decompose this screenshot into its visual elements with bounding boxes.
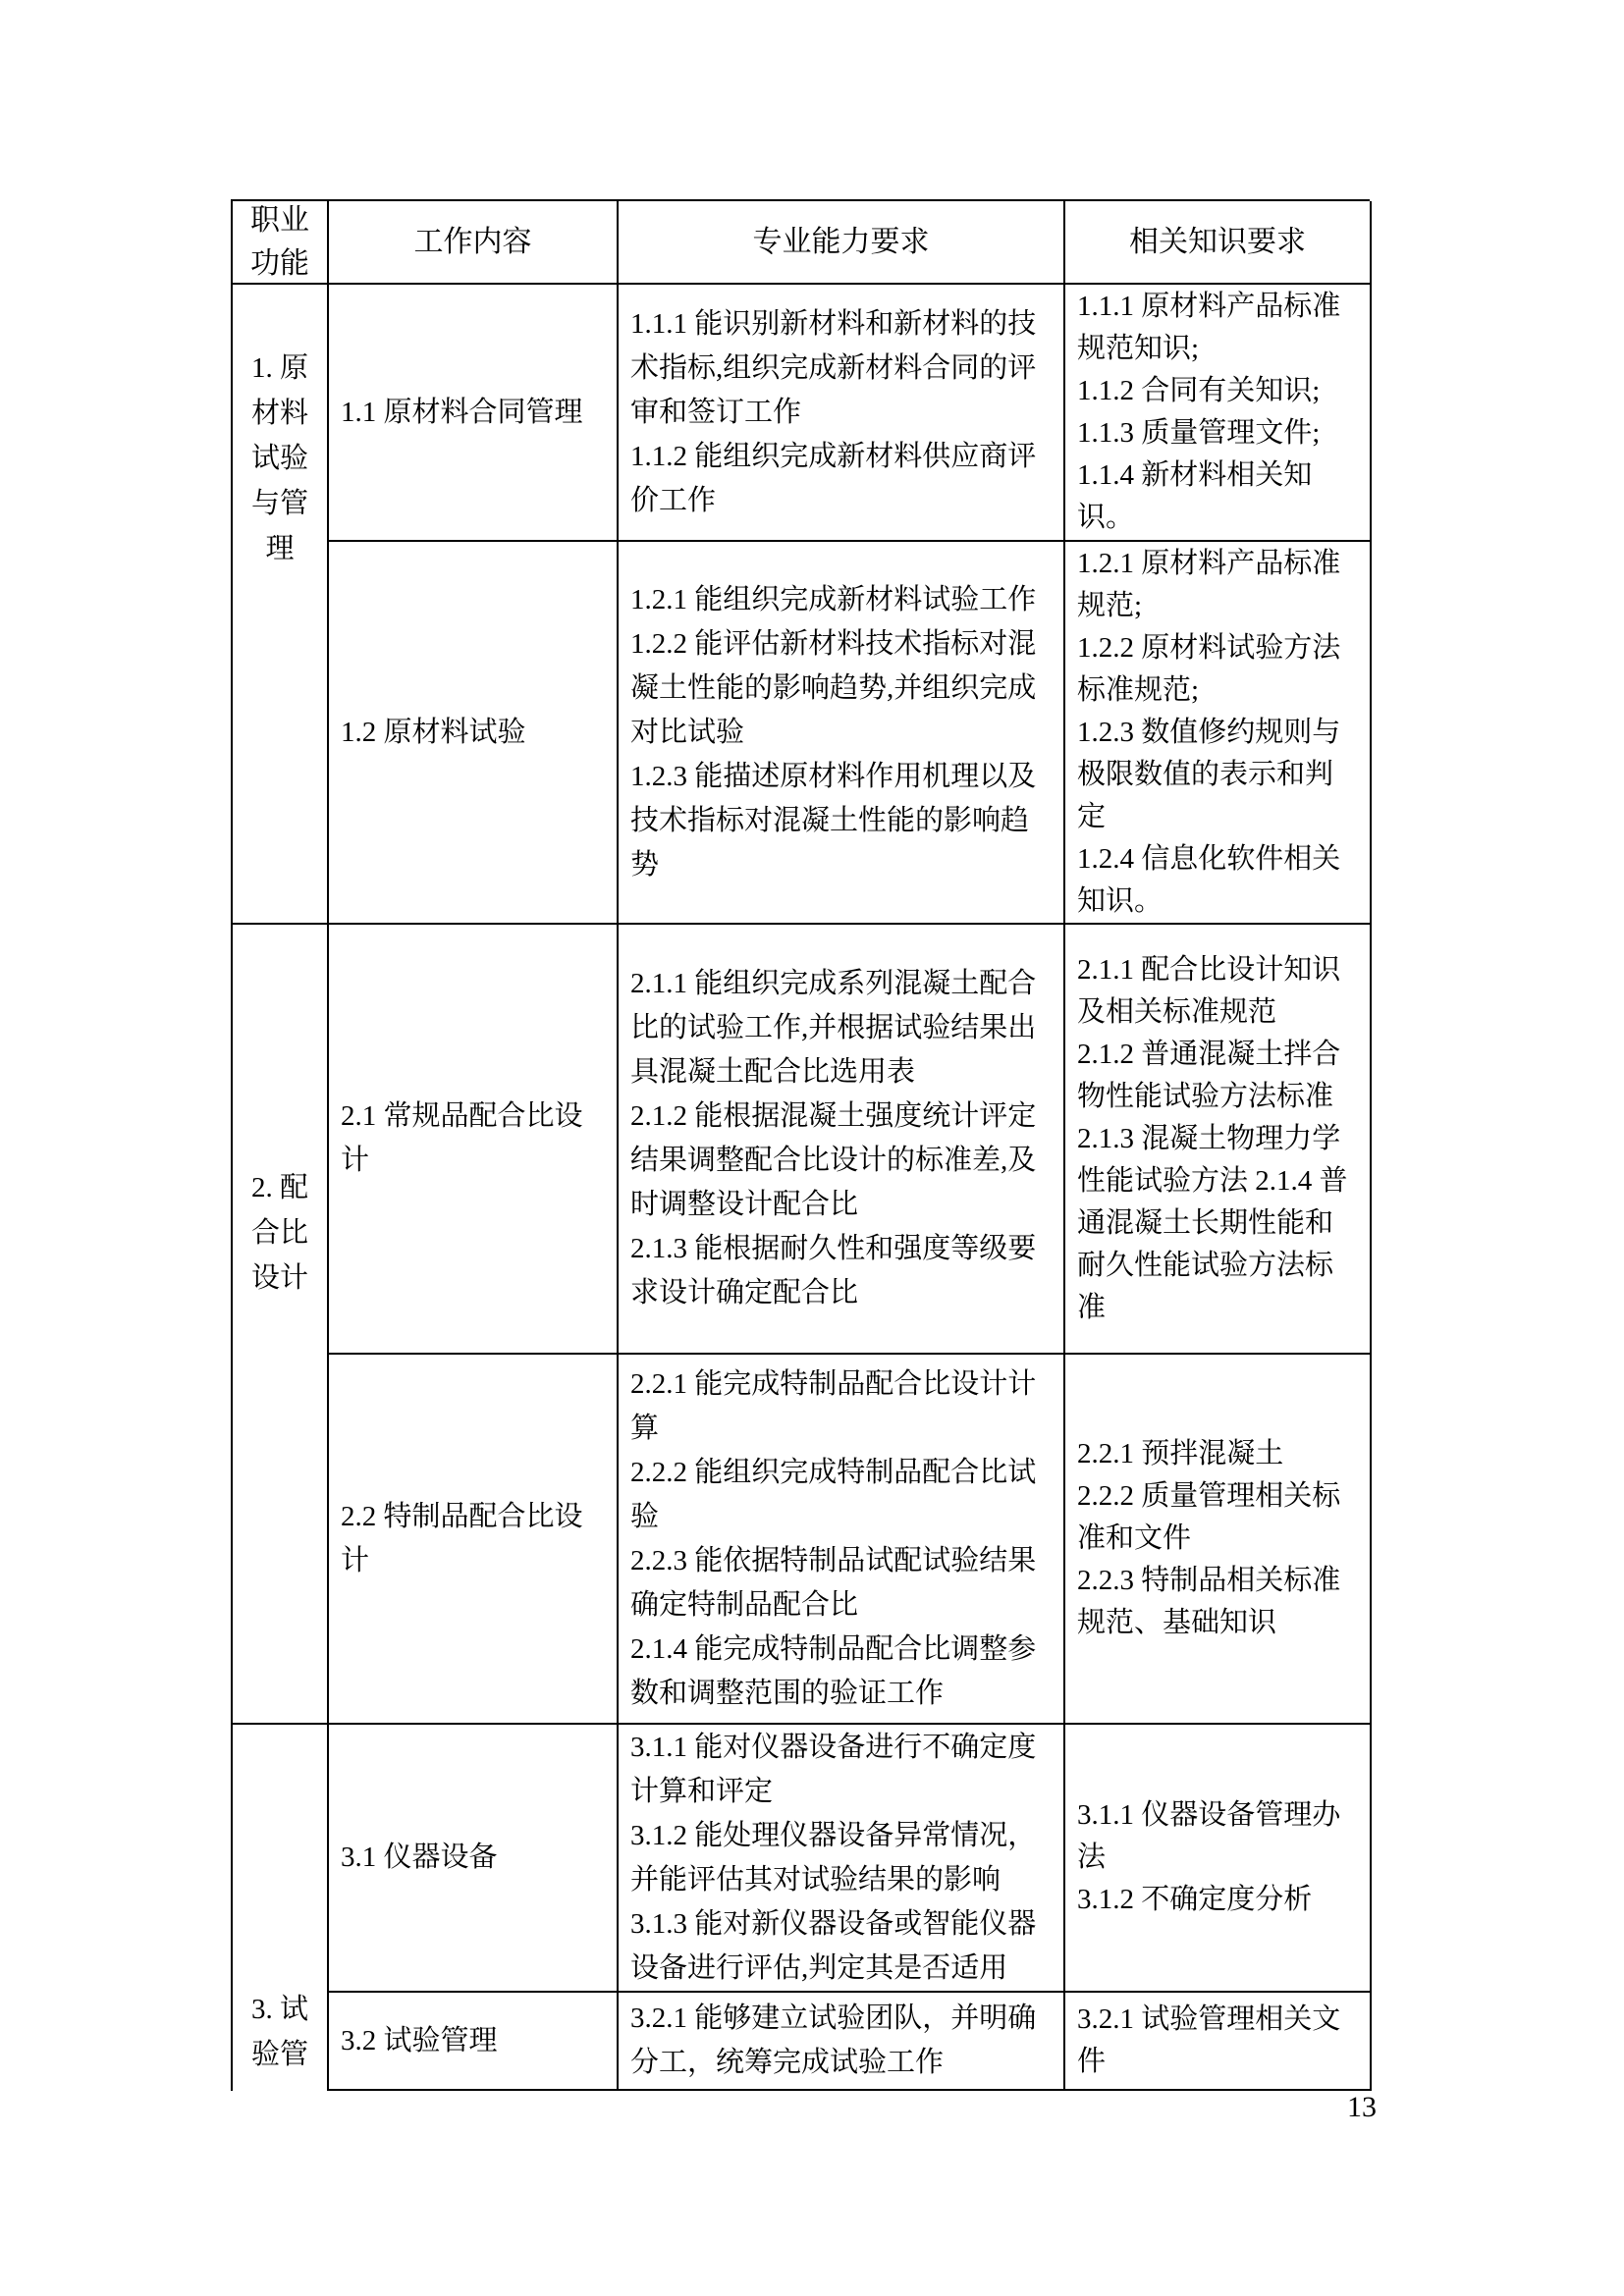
knowledge-item: 1.2.4 信息化软件相关知识。	[1077, 838, 1358, 923]
work-cell-3-1: 3.1 仪器设备	[329, 1725, 619, 1993]
ability-item: 2.1.3 能根据耐久性和强度等级要求设计确定配合比	[630, 1227, 1052, 1315]
work-label: 3.2 试验管理	[341, 2019, 605, 2063]
knowledge-item: 2.2.1 预拌混凝土	[1077, 1433, 1358, 1475]
knowledge-item: 3.1.1 仪器设备管理办法	[1077, 1794, 1358, 1879]
ability-item: 2.2.2 能组织完成特制品配合比试验	[630, 1451, 1052, 1539]
ability-cell-3-2: 3.2.1 能够建立试验团队，并明确分工，统筹完成试验工作	[619, 1993, 1065, 2091]
ability-item: 2.1.1 能组织完成系列混凝土配合比的试验工作,并根据试验结果出具混凝土配合比…	[630, 962, 1052, 1095]
knowledge-item: 1.2.3 数值修约规则与极限数值的表示和判定	[1077, 712, 1358, 838]
work-cell-1-1: 1.1 原材料合同管理	[329, 285, 619, 542]
work-cell-2-1: 2.1 常规品配合比设计	[329, 925, 619, 1355]
knowledge-item: 2.2.2 质量管理相关标准和文件	[1077, 1475, 1358, 1560]
ability-item: 1.2.3 能描述原材料作用机理以及技术指标对混凝土性能的影响趋势	[630, 755, 1052, 887]
ability-item: 2.2.1 能完成特制品配合比设计计算	[630, 1362, 1052, 1451]
work-cell-3-2: 3.2 试验管理	[329, 1993, 619, 2091]
ability-item: 2.1.2 能根据混凝土强度统计评定结果调整配合比设计的标准差,及时调整设计配合…	[630, 1095, 1052, 1227]
knowledge-item: 1.1.2 合同有关知识;	[1077, 370, 1358, 412]
ability-cell-3-1: 3.1.1 能对仪器设备进行不确定度计算和评定 3.1.2 能处理仪器设备异常情…	[619, 1725, 1065, 1993]
knowledge-item: 2.1.2 普通混凝土拌合物性能试验方法标准	[1077, 1034, 1358, 1118]
header-knowledge-requirements: 相关知识要求	[1065, 201, 1372, 285]
knowledge-item: 1.2.1 原材料产品标准规范;	[1077, 543, 1358, 627]
page-number: 13	[1347, 2092, 1377, 2123]
ability-item: 1.2.1 能组织完成新材料试验工作	[630, 578, 1052, 622]
knowledge-item: 1.1.1 原材料产品标准规范知识;	[1077, 286, 1358, 370]
work-cell-1-2: 1.2 原材料试验	[329, 542, 619, 925]
knowledge-cell-3-1: 3.1.1 仪器设备管理办法 3.1.2 不确定度分析	[1065, 1725, 1372, 1993]
ability-cell-2-2: 2.2.1 能完成特制品配合比设计计算 2.2.2 能组织完成特制品配合比试验 …	[619, 1355, 1065, 1725]
header-work-content: 工作内容	[329, 201, 619, 285]
ability-item: 2.1.4 能完成特制品配合比调整参数和调整范围的验证工作	[630, 1628, 1052, 1716]
ability-cell-1-2: 1.2.1 能组织完成新材料试验工作 1.2.2 能评估新材料技术指标对混凝土性…	[619, 542, 1065, 925]
knowledge-cell-1-1: 1.1.1 原材料产品标准规范知识; 1.1.2 合同有关知识; 1.1.3 质…	[1065, 285, 1372, 542]
ability-item: 3.1.1 能对仪器设备进行不确定度计算和评定	[630, 1726, 1052, 1814]
work-label: 2.1 常规品配合比设计	[341, 1095, 605, 1183]
function-cell-raw-materials: 1. 原 材料 试验 与管 理	[233, 285, 329, 925]
knowledge-cell-1-2: 1.2.1 原材料产品标准规范; 1.2.2 原材料试验方法标准规范; 1.2.…	[1065, 542, 1372, 925]
function-cell-test-management: 3. 试 验管	[233, 1725, 329, 2091]
knowledge-cell-2-1: 2.1.1 配合比设计知识及相关标准规范 2.1.2 普通混凝土拌合物性能试验方…	[1065, 925, 1372, 1355]
knowledge-item: 2.1.1 配合比设计知识及相关标准规范	[1077, 949, 1358, 1034]
knowledge-item: 3.1.2 不确定度分析	[1077, 1879, 1358, 1921]
knowledge-item: 1.2.2 原材料试验方法标准规范;	[1077, 627, 1358, 712]
ability-cell-2-1: 2.1.1 能组织完成系列混凝土配合比的试验工作,并根据试验结果出具混凝土配合比…	[619, 925, 1065, 1355]
work-label: 1.1 原材料合同管理	[341, 391, 605, 435]
function-cell-mix-design: 2. 配 合比 设计	[233, 925, 329, 1725]
knowledge-cell-2-2: 2.2.1 预拌混凝土 2.2.2 质量管理相关标准和文件 2.2.3 特制品相…	[1065, 1355, 1372, 1725]
knowledge-item: 1.1.3 质量管理文件;	[1077, 412, 1358, 454]
knowledge-item: 1.1.4 新材料相关知识。	[1077, 454, 1358, 539]
ability-item: 1.1.1 能识别新材料和新材料的技术指标,组织完成新材料合同的评审和签订工作	[630, 302, 1052, 435]
ability-item: 3.1.2 能处理仪器设备异常情况，并能评估其对试验结果的影响	[630, 1814, 1052, 1902]
knowledge-cell-3-2: 3.2.1 试验管理相关文件	[1065, 1993, 1372, 2091]
knowledge-item: 3.2.1 试验管理相关文件	[1077, 1999, 1358, 2083]
header-occupational-function: 职业 功能	[233, 201, 329, 285]
work-label: 3.1 仪器设备	[341, 1836, 605, 1880]
ability-item: 2.2.3 能依据特制品试配试验结果确定特制品配合比	[630, 1539, 1052, 1628]
header-ability-requirements: 专业能力要求	[619, 201, 1065, 285]
work-label: 1.2 原材料试验	[341, 711, 605, 755]
ability-cell-1-1: 1.1.1 能识别新材料和新材料的技术指标,组织完成新材料合同的评审和签订工作 …	[619, 285, 1065, 542]
ability-item: 3.2.1 能够建立试验团队，并明确分工，统筹完成试验工作	[630, 1997, 1052, 2085]
ability-item: 3.1.3 能对新仪器设备或智能仪器设备进行评估,判定其是否适用	[630, 1902, 1052, 1991]
knowledge-item: 2.2.3 特制品相关标准规范、基础知识	[1077, 1560, 1358, 1644]
ability-item: 1.2.2 能评估新材料技术指标对混凝土性能的影响趋势,并组织完成对比试验	[630, 622, 1052, 755]
work-cell-2-2: 2.2 特制品配合比设计	[329, 1355, 619, 1725]
work-label: 2.2 特制品配合比设计	[341, 1495, 605, 1583]
occupational-standard-table: 职业 功能 工作内容 专业能力要求 相关知识要求 1. 原 材料 试验 与管 理…	[231, 199, 1370, 2091]
knowledge-item: 2.1.3 混凝土物理力学性能试验方法 2.1.4 普通混凝土长期性能和耐久性能…	[1077, 1118, 1358, 1329]
ability-item: 1.1.2 能组织完成新材料供应商评价工作	[630, 435, 1052, 523]
